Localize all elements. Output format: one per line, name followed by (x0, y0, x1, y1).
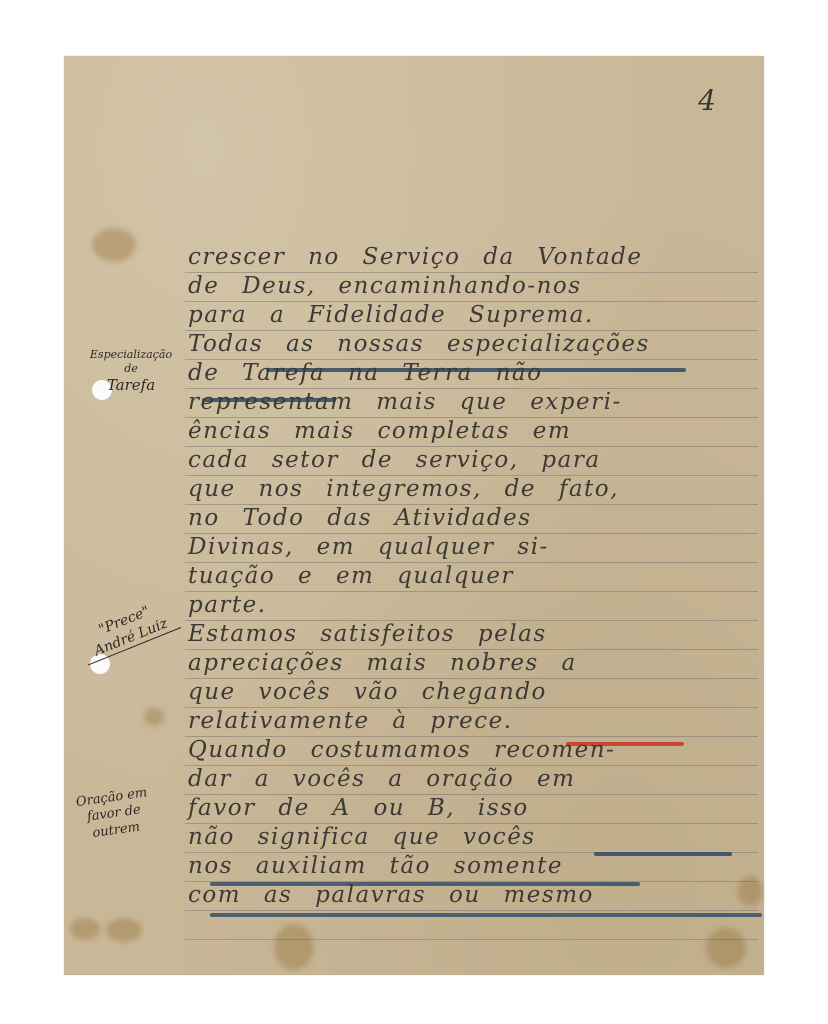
stain (106, 918, 142, 942)
ruled-line (185, 910, 758, 911)
stain (92, 228, 136, 262)
text-line: que vocês vão chegando (188, 678, 758, 707)
margin-note-prece-andre-luiz: "Prece" André Luiz (75, 595, 181, 666)
stain (144, 708, 164, 726)
text-line: com as palavras ou mesmo (188, 881, 758, 910)
text-line: Divinas, em qualquer si- (188, 533, 758, 562)
text-line: crescer no Serviço da Vontade (188, 243, 758, 272)
text-line: de Deus, encaminhando-nos (188, 272, 758, 301)
page-number: 4 (698, 84, 716, 117)
text-line: não significa que vocês (188, 823, 758, 852)
text-line: no Todo das Atividades (188, 504, 758, 533)
margin-note-especializacao: Especialização de Tarefa (82, 348, 180, 394)
stain (70, 918, 100, 940)
text-line: Quando costumamos recomen- (188, 736, 758, 765)
text-line: representam mais que experi- (188, 388, 758, 417)
stain (706, 928, 746, 968)
text-line: nos auxiliam tão somente (188, 852, 758, 881)
text-line: dar a vocês a oração em (188, 765, 758, 794)
text-line: para a Fidelidade Suprema. (188, 301, 758, 330)
text-line: Estamos satisfeitos pelas (188, 620, 758, 649)
text-line: que nos integremos, de fato, (188, 475, 758, 504)
margin-note-oracao: Oração em favor de outrem (65, 784, 163, 845)
text-line: favor de A ou B, isso (188, 794, 758, 823)
stain (274, 924, 314, 970)
text-line: parte. (188, 591, 758, 620)
text-line: cada setor de serviço, para (188, 446, 758, 475)
ruled-line (185, 939, 758, 940)
text-line: tuação e em qualquer (188, 562, 758, 591)
text-line: ências mais completas em (188, 417, 758, 446)
text-line: de Tarefa na Terra não (188, 359, 758, 388)
manuscript-page: 4 crescer no Serviço da Vontade de Deus,… (64, 56, 764, 975)
text-line: Todas as nossas especializações (188, 330, 758, 359)
text-line: apreciações mais nobres a (188, 649, 758, 678)
blue-underline-com-as-palavras (210, 913, 762, 917)
text-line: relativamente à prece. (188, 707, 758, 736)
